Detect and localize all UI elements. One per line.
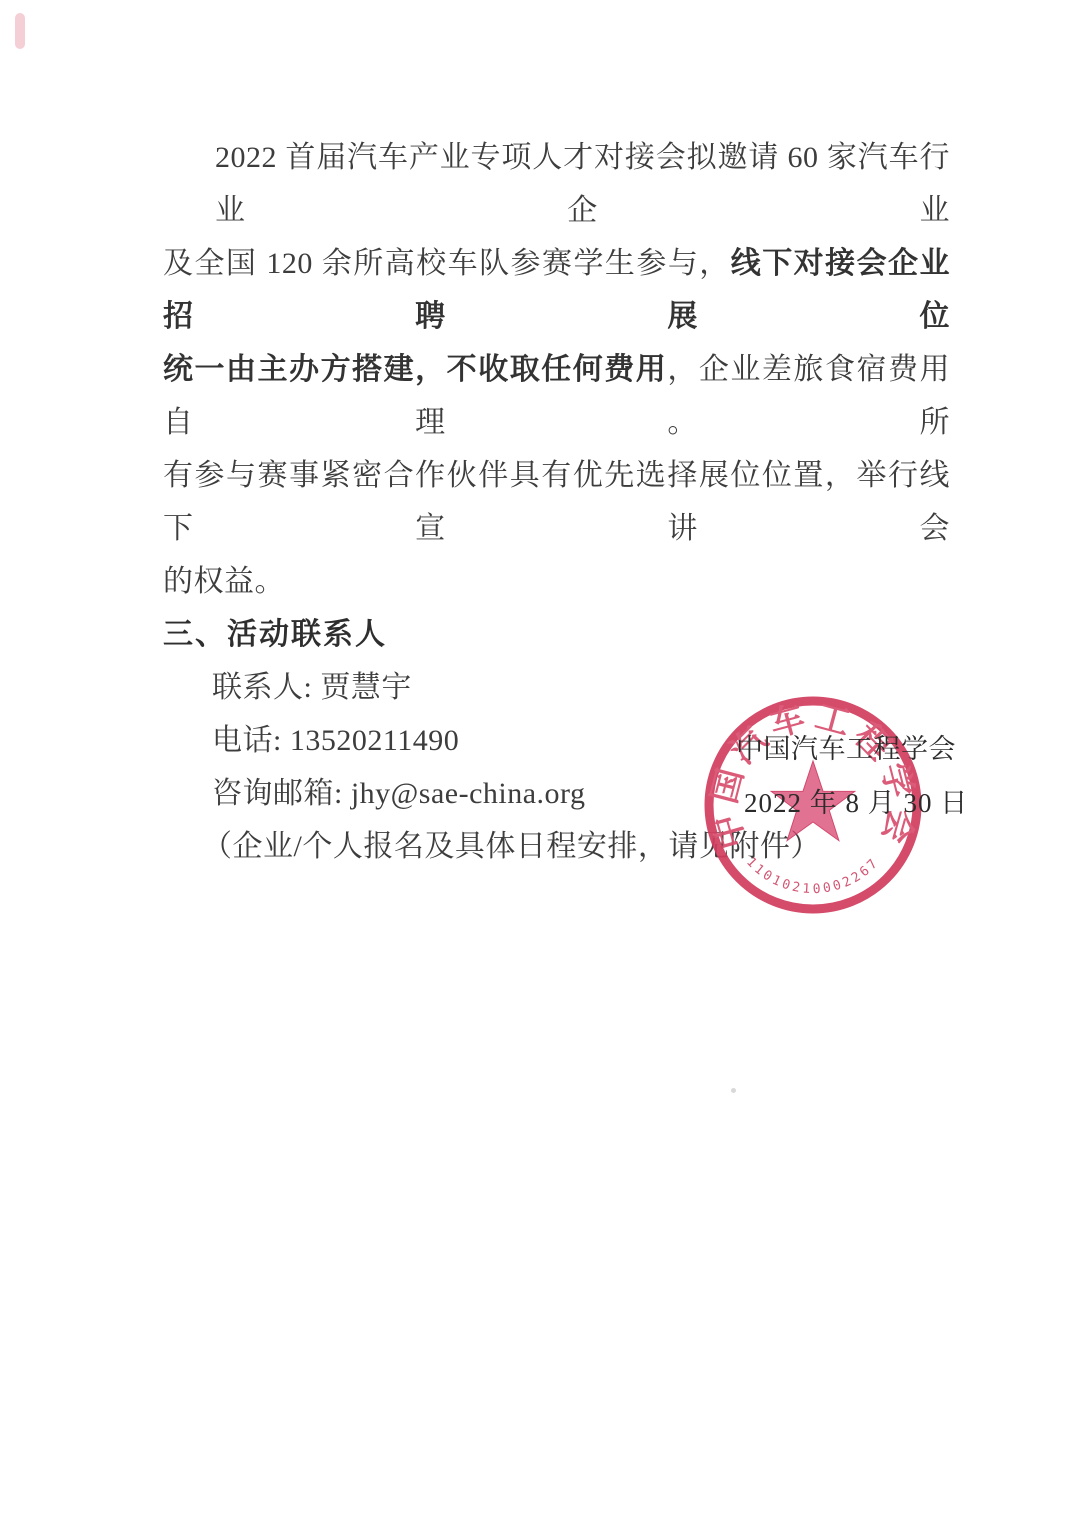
paragraph-line: 2022 首届汽车产业专项人才对接会拟邀请 60 家汽车行业企业 [163, 131, 950, 237]
scan-artifact-speck [731, 1088, 736, 1093]
text-segment: 的权益。 [163, 565, 285, 598]
signature-organization: 中国汽车工程学会 [736, 733, 956, 765]
scan-artifact-smudge [15, 13, 25, 49]
text-segment: 统一由主办方搭建，不收取任何费用 [163, 353, 667, 386]
stamp-serial-number: 11010210002267 [743, 855, 883, 897]
text-segment: 及全国 120 余所高校车队参赛学生参与， [163, 247, 731, 280]
paragraph-line: 有参与赛事紧密合作伙伴具有优先选择展位位置，举行线下宣讲会 [163, 449, 950, 555]
text-segment: 有参与赛事紧密合作伙伴具有优先选择展位位置，举行线下宣讲会 [163, 459, 950, 545]
text-segment: 2022 首届汽车产业专项人才对接会拟邀请 60 家汽车行业企业 [215, 141, 950, 227]
section-heading: 三、活动联系人 [163, 608, 950, 661]
paragraph-line: 的权益。 [163, 555, 950, 608]
document-page: 2022 首届汽车产业专项人才对接会拟邀请 60 家汽车行业企业及全国 120 … [0, 0, 1080, 1527]
body-paragraph: 2022 首届汽车产业专项人才对接会拟邀请 60 家汽车行业企业及全国 120 … [163, 131, 950, 608]
paragraph-line: 统一由主办方搭建，不收取任何费用，企业差旅食宿费用自理。所 [163, 343, 950, 449]
paragraph-line: 及全国 120 余所高校车队参赛学生参与，线下对接会企业招聘展位 [163, 237, 950, 343]
signature-date: 2022 年 8 月 30 日 [744, 787, 968, 819]
